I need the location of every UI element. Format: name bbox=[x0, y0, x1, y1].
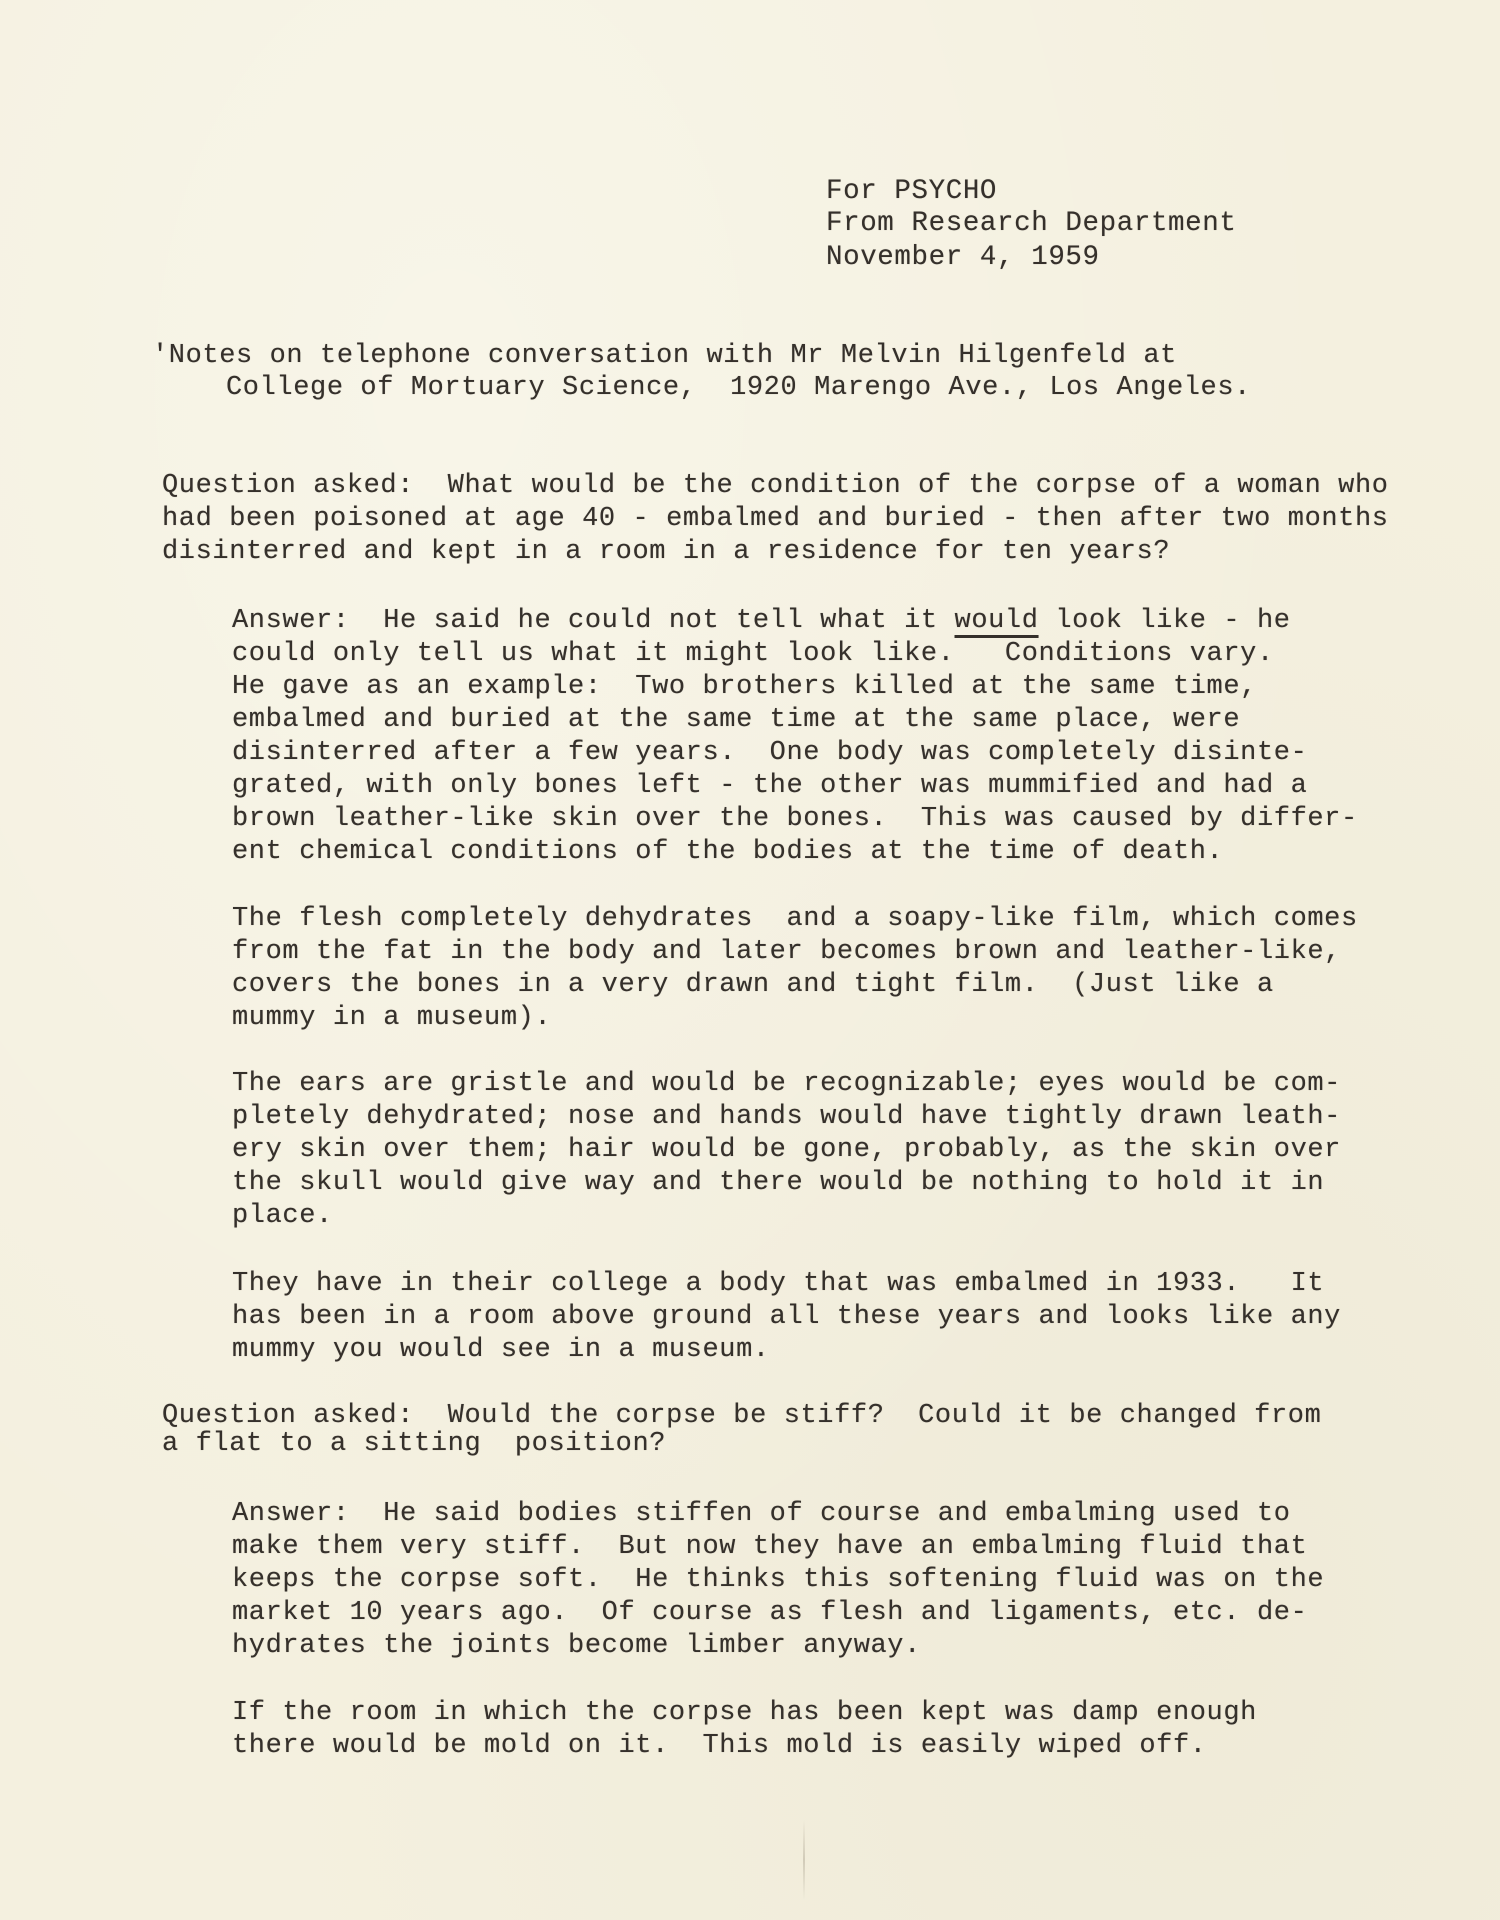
question-1-line: had been poisoned at age 40 - embalmed a… bbox=[162, 503, 1389, 535]
question-1-line: Question asked: What would be the condit… bbox=[162, 470, 1389, 502]
paragraph-line: place. bbox=[232, 1200, 333, 1232]
answer-2-line: keeps the corpse soft. He thinks this so… bbox=[232, 1564, 1324, 1596]
answer-1-line: Answer: He said he could not tell what i… bbox=[232, 605, 1291, 637]
answer-1-line: could only tell us what it might look li… bbox=[232, 638, 1274, 670]
question-2-line: a flat to a sitting position? bbox=[162, 1428, 666, 1460]
answer-2-line: hydrates the joints become limber anyway… bbox=[232, 1630, 921, 1662]
answer-1-line: He gave as an example: Two brothers kill… bbox=[232, 671, 1257, 703]
answer-1-suffix: look like - he bbox=[1039, 606, 1291, 636]
answer-1-line: grated, with only bones left - the other… bbox=[232, 770, 1307, 802]
paragraph-line: pletely dehydrated; nose and hands would… bbox=[232, 1101, 1341, 1133]
paragraph-line: If the room in which the corpse has been… bbox=[232, 1697, 1257, 1729]
paragraph-line: The ears are gristle and would be recogn… bbox=[232, 1068, 1341, 1100]
paragraph-line: The flesh completely dehydrates and a so… bbox=[232, 903, 1358, 935]
paragraph-line: has been in a room above ground all thes… bbox=[232, 1301, 1341, 1333]
header-from-line: From Research Department bbox=[826, 208, 1236, 240]
answer-2-line: Answer: He said bodies stiffen of course… bbox=[232, 1498, 1291, 1530]
subject-line-2: College of Mortuary Science, 1920 Mareng… bbox=[226, 372, 1251, 404]
question-1-line: disinterred and kept in a room in a resi… bbox=[162, 536, 1170, 568]
paragraph-line: ery skin over them; hair would be gone, … bbox=[232, 1134, 1341, 1166]
underlined-word: would bbox=[955, 606, 1039, 636]
paragraph-line: They have in their college a body that w… bbox=[232, 1268, 1324, 1300]
paragraph-line: mummy you would see in a museum. bbox=[232, 1334, 770, 1366]
answer-1-prefix: Answer: He said he could not tell what i… bbox=[232, 606, 955, 636]
paper-crease bbox=[803, 1820, 805, 1900]
answer-2-line: make them very stiff. But now they have … bbox=[232, 1531, 1307, 1563]
paragraph-line: mummy in a museum). bbox=[232, 1002, 551, 1034]
header-date: November 4, 1959 bbox=[826, 242, 1100, 274]
answer-1-line: disinterred after a few years. One body … bbox=[232, 737, 1307, 769]
header-for-line: For PSYCHO bbox=[826, 176, 997, 208]
answer-1-line: embalmed and buried at the same time at … bbox=[232, 704, 1240, 736]
paragraph-line: from the fat in the body and later becom… bbox=[232, 936, 1341, 968]
paragraph-line: the skull would give way and there would… bbox=[232, 1167, 1324, 1199]
answer-1-line: brown leather-like skin over the bones. … bbox=[232, 803, 1358, 835]
subject-line-1: 'Notes on telephone conversation with Mr… bbox=[152, 340, 1177, 372]
paragraph-line: there would be mold on it. This mold is … bbox=[232, 1730, 1207, 1762]
answer-1-line: ent chemical conditions of the bodies at… bbox=[232, 836, 1223, 868]
paragraph-line: covers the bones in a very drawn and tig… bbox=[232, 969, 1274, 1001]
answer-2-line: market 10 years ago. Of course as flesh … bbox=[232, 1597, 1307, 1629]
